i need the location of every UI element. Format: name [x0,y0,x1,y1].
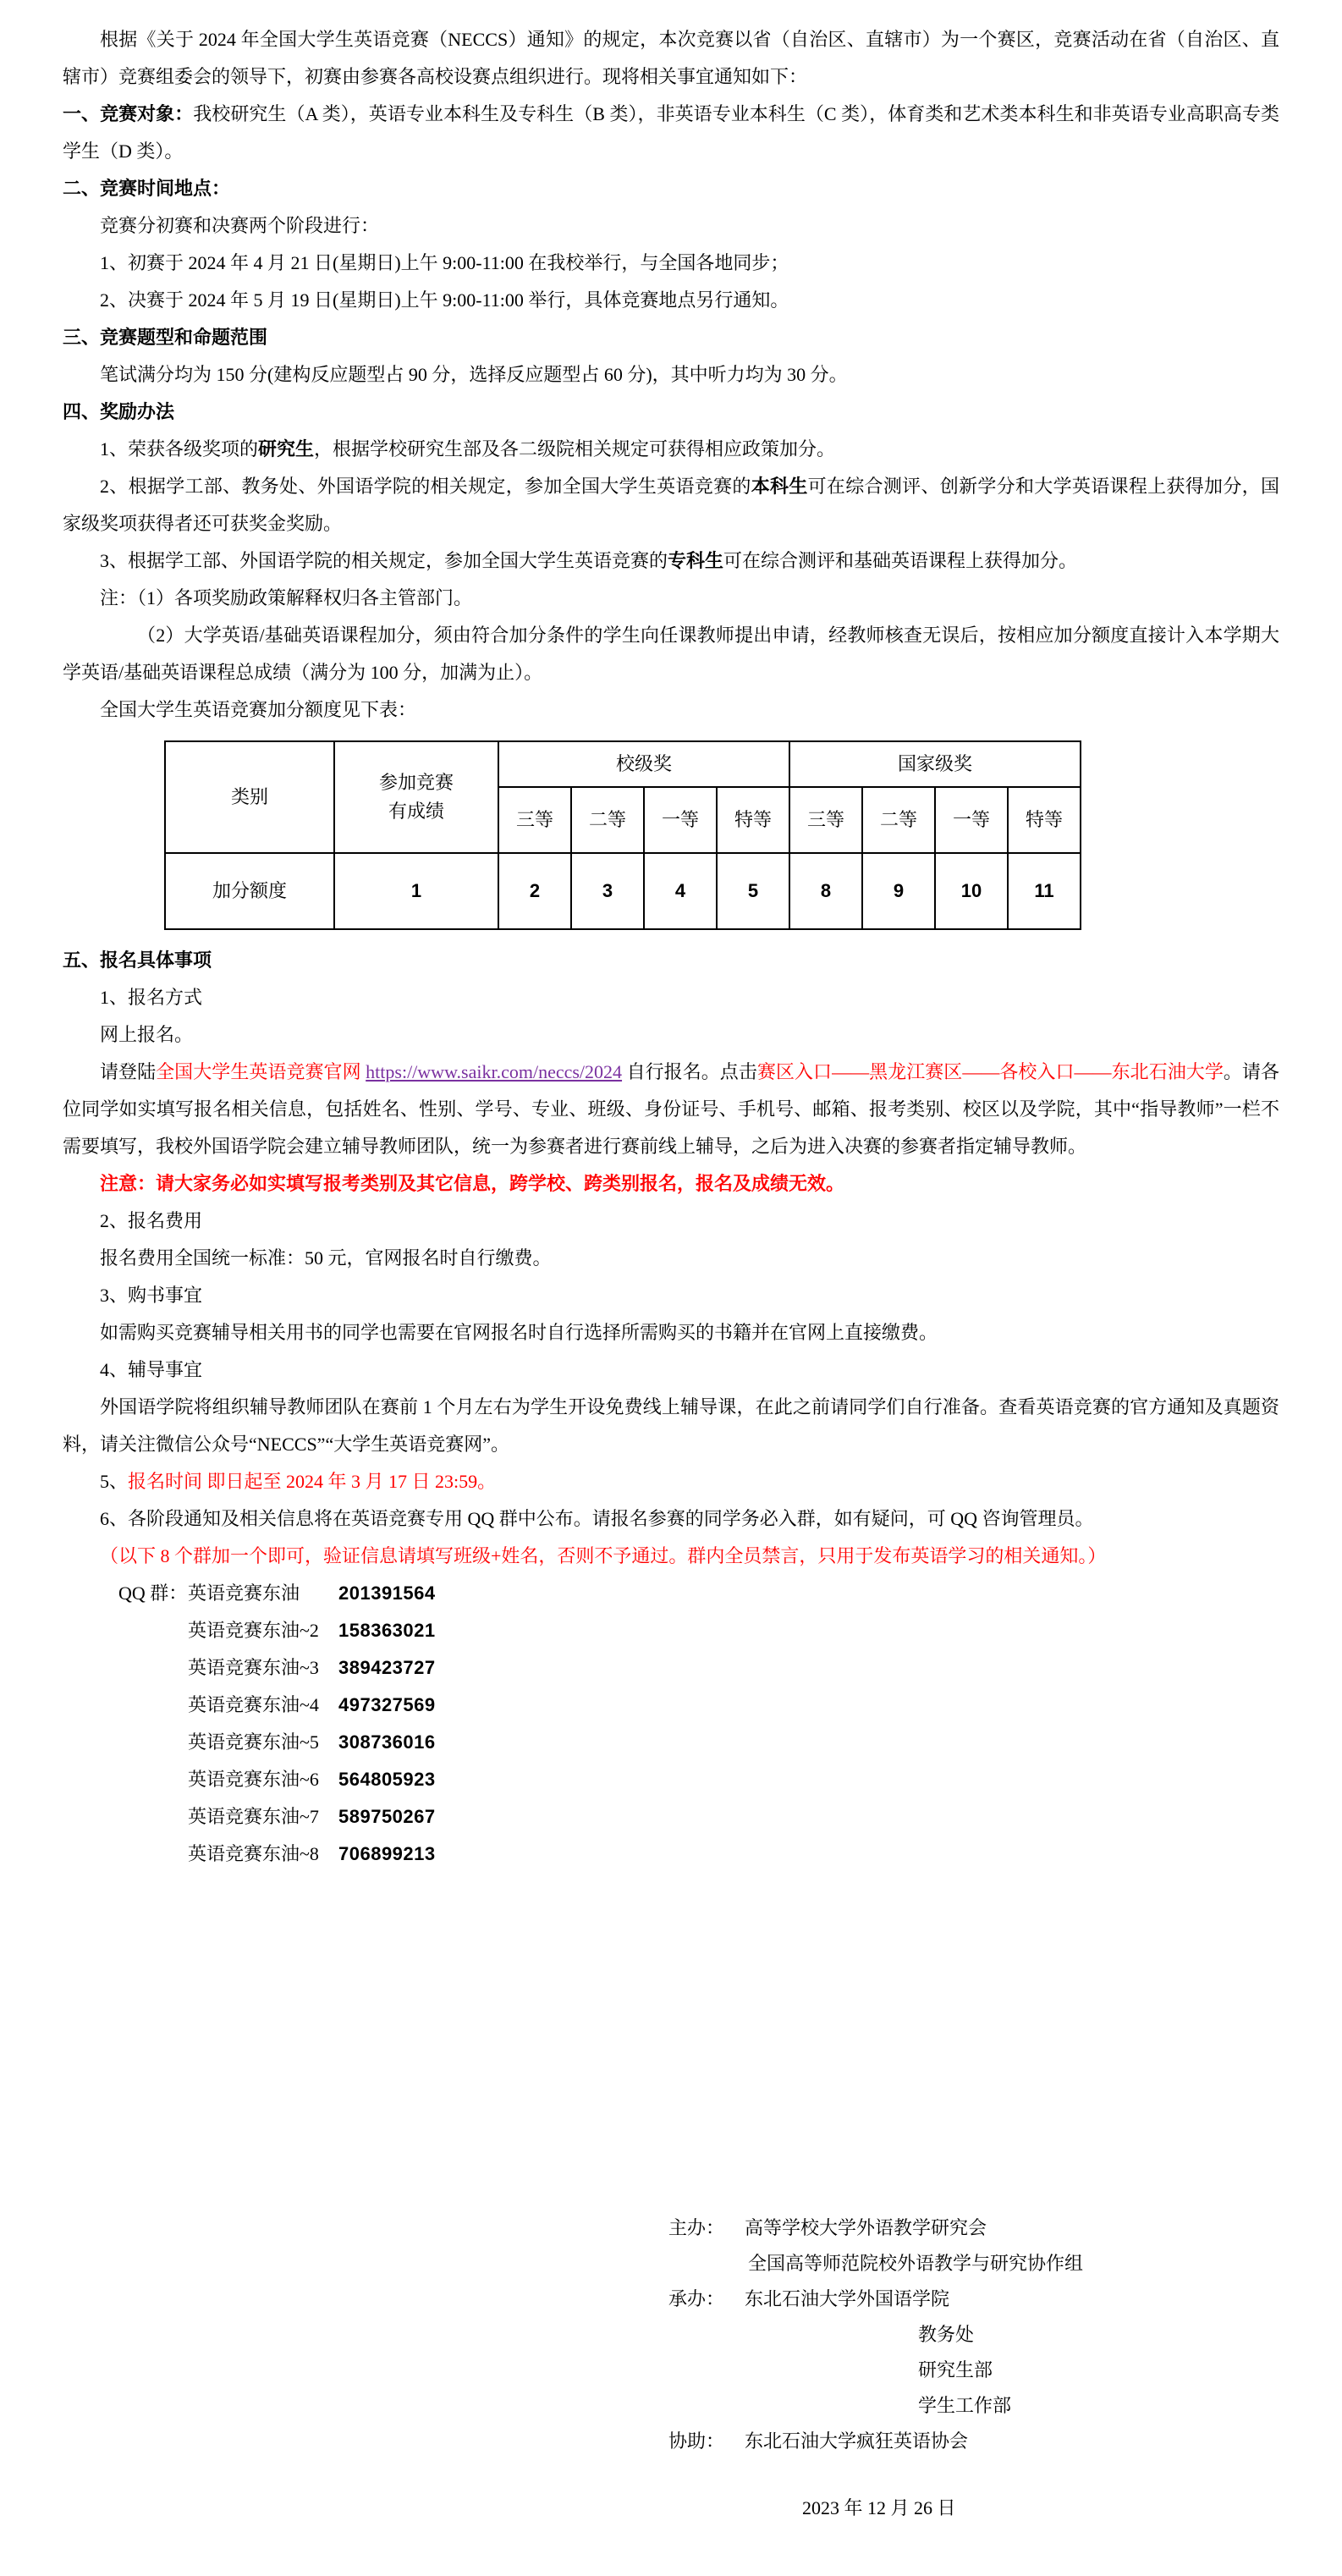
qq-group-id: 589750267 [338,1798,436,1836]
text-segment: （以下 8 个群加一个即可，验证信息请填写班级+姓名，否则不予通过。群内全员禁言… [100,1545,1106,1566]
text-segment: 竞赛分初赛和决赛两个阶段进行： [100,215,379,236]
list-item-preliminary: 1、初赛于 2024 年 4 月 21 日(星期日)上午 9:00-11:00 … [63,245,1279,282]
table-intro: 全国大学生英语竞赛加分额度见下表： [63,691,1279,729]
text-segment: 网上报名。 [100,1024,193,1045]
text-segment: 请登陆 [100,1061,156,1082]
table-value: 8 [789,853,862,929]
qq-group-name: 英语竞赛东油~8 [188,1836,338,1873]
table-cell-row-label: 加分额度 [165,853,334,929]
note-item-1: 注：（1）各项奖励政策解释权归各主管部门。 [63,580,1279,617]
assistant-label: 协助： [668,2424,745,2459]
qq-group-note: （以下 8 个群加一个即可，验证信息请填写班级+姓名，否则不予通过。群内全员禁言… [63,1538,1279,1575]
department-name: 学生工作部 [918,2388,1011,2424]
text-segment: 如需购买竞赛辅导相关用书的同学也需要在官网报名时自行选择所需购买的书籍并在官网上… [100,1322,938,1343]
text-segment: 1、荣获各级奖项的 [100,438,258,460]
text-segment: 笔试满分均为 150 分(建构反应题型占 90 分，选择反应题型占 60 分)，… [100,364,848,385]
assistant-name: 东北石油大学疯狂英语协会 [745,2424,968,2459]
table-cell-category: 类别 [165,741,334,853]
qq-group-id: 201391564 [338,1575,436,1612]
text-segment: 我校研究生（A 类），英语专业本科生及专科生（B 类），非英语专业本科生（C 类… [63,103,1279,162]
text-segment: 注：（1）各项奖励政策解释权归各主管部门。 [100,587,472,608]
qq-label-spacer [118,1687,188,1724]
text-segment: （2）大学英语/基础英语课程加分，须由符合加分条件的学生向任课教师提出申请，经教… [63,625,1279,683]
qq-group-row: 英语竞赛东油~4 497327569 [118,1687,1279,1724]
qq-group-row: 英语竞赛东油~2 158363021 [118,1612,1279,1649]
qq-group-name: 英语竞赛东油 [188,1575,338,1612]
table-value: 4 [644,853,717,929]
note-item-2: （2）大学英语/基础英语课程加分，须由符合加分条件的学生向任课教师提出申请，经教… [63,617,1279,691]
text-segment: 3、根据学工部、外国语学院的相关规定，参加全国大学生英语竞赛的 [100,550,668,571]
qq-group-row: QQ 群： 英语竞赛东油 201391564 [118,1575,1279,1612]
qq-list-label: QQ 群： [118,1575,188,1612]
text-segment: 2、决赛于 2024 年 5 月 19 日(星期日)上午 9:00-11:00 … [100,289,789,311]
table-cell-national-award: 国家级奖 [789,741,1081,787]
paragraph-registration-details: 请登陆全国大学生英语竞赛官网 https://www.saikr.com/nec… [63,1054,1279,1165]
reg-item-tutoring: 4、辅导事宜 [63,1351,1279,1389]
table-value: 5 [717,853,789,929]
organizer-name: 高等学校大学外语教学研究会 [745,2210,987,2246]
table-cell: 一等 [935,787,1008,853]
department-row: 教务处 [918,2317,1083,2353]
table-cell: 二等 [571,787,644,853]
qq-group-name: 英语竞赛东油~3 [188,1649,338,1687]
table-value: 9 [862,853,935,929]
table-header-row: 类别 参加竞赛 有成绩 校级奖 国家级奖 [165,741,1081,787]
text-segment: 报名费用全国统一标准：50 元，官网报名时自行缴费。 [100,1247,552,1269]
text-segment: 全国大学生英语竞赛官网 [156,1061,360,1082]
qq-group-row: 英语竞赛东油~3 389423727 [118,1649,1279,1687]
reg-item-qq-notice: 6、各阶段通知及相关信息将在英语竞赛专用 QQ 群中公布。请报名参赛的同学务必入… [63,1500,1279,1538]
text-segment: 外国语学院将组织辅导教师团队在赛前 1 个月左右为学生开设免费线上辅导课，在此之… [63,1396,1279,1455]
qq-group-name: 英语竞赛东油~7 [188,1798,338,1836]
award-item-college: 3、根据学工部、外国语学院的相关规定，参加全国大学生英语竞赛的专科生可在综合测评… [63,542,1279,580]
participation-line2: 有成绩 [388,801,444,822]
signature-block: 主办： 高等学校大学外语教学研究会 全国高等师范院校外语教学与研究协作组 承办：… [668,2210,1083,2459]
text-segment: 注意：请大家务必如实填写报考类别及其它信息，跨学校、跨类别报名，报名及成绩无效。 [100,1173,844,1194]
qq-group-name: 英语竞赛东油~6 [188,1761,338,1798]
document-page: 根据《关于 2024 年全国大学生英语竞赛（NECCS）通知》的规定，本次竞赛以… [0,0,1342,2576]
qq-label-spacer [118,1836,188,1873]
qq-label-spacer [118,1649,188,1687]
text-segment: 本科生 [751,476,808,497]
qq-label-spacer [118,1724,188,1761]
reg-item-books: 3、购书事宜 [63,1277,1279,1314]
table-cell: 三等 [789,787,862,853]
paragraph-online-registration: 网上报名。 [63,1016,1279,1054]
text-segment: 3、购书事宜 [100,1285,202,1306]
paragraph-fee-standard: 报名费用全国统一标准：50 元，官网报名时自行缴费。 [63,1240,1279,1277]
table-cell: 特等 [717,787,789,853]
qq-label-spacer [118,1612,188,1649]
table-cell: 一等 [644,787,717,853]
table-cell: 特等 [1008,787,1081,853]
text-segment: 5、 [100,1471,128,1492]
text-segment: 6、各阶段通知及相关信息将在英语竞赛专用 QQ 群中公布。请报名参赛的同学务必入… [100,1508,1094,1529]
text-segment: 自行报名。点击 [622,1061,757,1082]
text-segment: 4、辅导事宜 [100,1359,202,1380]
qq-group-id: 564805923 [338,1761,436,1798]
undertaker-label: 承办： [668,2282,745,2317]
qq-group-name: 英语竞赛东油~5 [188,1724,338,1761]
section-registration-heading: 五、报名具体事项 [63,942,1279,979]
text-segment: 三、竞赛题型和命题范围 [63,327,267,348]
organizer-row: 主办： 高等学校大学外语教学研究会 [668,2210,1083,2246]
text-segment: 报名时间 即日起至 2024 年 3 月 17 日 23:59。 [128,1471,496,1492]
text-segment: 1、报名方式 [100,987,202,1008]
department-name: 研究生部 [918,2353,993,2388]
text-segment: 可在综合测评和基础英语课程上获得加分。 [723,550,1077,571]
bonus-points-table: 类别 参加竞赛 有成绩 校级奖 国家级奖 三等 二等 一等 特等 三等 二等 一… [164,740,1081,930]
text-segment: 1、初赛于 2024 年 4 月 21 日(星期日)上午 9:00-11:00 … [100,252,789,273]
table-cell-participation: 参加竞赛 有成绩 [334,741,498,853]
document-date: 2023 年 12 月 26 日 [802,2490,956,2527]
section-question-types-heading: 三、竞赛题型和命题范围 [63,319,1279,356]
undertaker-name: 东北石油大学外国语学院 [745,2282,949,2317]
paragraph-book-purchase: 如需购买竞赛辅导相关用书的同学也需要在官网报名时自行选择所需购买的书籍并在官网上… [63,1314,1279,1351]
section-competition-targets: 一、竞赛对象：我校研究生（A 类），英语专业本科生及专科生（B 类），非英语专业… [63,96,1279,170]
organizer-name-2: 全国高等师范院校外语教学与研究协作组 [748,2246,1083,2282]
qq-group-id: 389423727 [338,1649,436,1687]
award-item-undergraduate: 2、根据学工部、教务处、外国语学院的相关规定，参加全国大学生英语竞赛的本科生可在… [63,468,1279,542]
qq-group-row: 英语竞赛东油~6 564805923 [118,1761,1279,1798]
paragraph-score-structure: 笔试满分均为 150 分(建构反应题型占 90 分，选择反应题型占 60 分)，… [63,356,1279,394]
text-segment: 四、奖励办法 [63,401,174,422]
text-segment: 二、竞赛时间地点： [63,178,230,199]
text-segment: ，根据学校研究生部及各二级院相关规定可获得相应政策加分。 [314,438,835,460]
paragraph-stages: 竞赛分初赛和决赛两个阶段进行： [63,207,1279,245]
table-cell: 三等 [498,787,571,853]
organizer-row-2: 全国高等师范院校外语教学与研究协作组 [748,2246,1083,2282]
qq-group-row: 英语竞赛东油~5 308736016 [118,1724,1279,1761]
table-value: 10 [935,853,1008,929]
table-cell: 二等 [862,787,935,853]
table-value: 2 [498,853,571,929]
text-segment: 2、报名费用 [100,1210,202,1231]
qq-group-id: 706899213 [338,1836,436,1873]
neccs-registration-link[interactable]: https://www.saikr.com/neccs/2024 [366,1061,622,1082]
document-content: 根据《关于 2024 年全国大学生英语竞赛（NECCS）通知》的规定，本次竞赛以… [0,0,1342,1873]
assistant-row: 协助： 东北石油大学疯狂英语协会 [668,2424,1083,2459]
qq-group-row: 英语竞赛东油~8 706899213 [118,1836,1279,1873]
text-segment: 专科生 [668,550,723,571]
qq-group-row: 英语竞赛东油~7 589750267 [118,1798,1279,1836]
text-segment: 研究生 [258,438,314,460]
text-segment: 全国大学生英语竞赛加分额度见下表： [100,699,416,720]
text-segment: 赛区入口——黑龙江赛区——各校入口——东北石油大学 [757,1061,1224,1082]
reg-item-method: 1、报名方式 [63,979,1279,1016]
qq-group-list: QQ 群： 英语竞赛东油 201391564 英语竞赛东油~2 15836302… [118,1575,1279,1873]
table-cell-school-award: 校级奖 [498,741,789,787]
organizer-label: 主办： [668,2210,745,2246]
reg-item-fee: 2、报名费用 [63,1203,1279,1240]
table-value: 3 [571,853,644,929]
department-name: 教务处 [918,2317,974,2353]
qq-group-id: 308736016 [338,1724,436,1761]
qq-group-id: 158363021 [338,1612,436,1649]
department-row: 研究生部 [918,2353,1083,2388]
section-awards-heading: 四、奖励办法 [63,394,1279,431]
table-value: 11 [1008,853,1081,929]
participation-line1: 参加竞赛 [379,772,454,793]
qq-group-name: 英语竞赛东油~4 [188,1687,338,1724]
text-segment: 根据《关于 2024 年全国大学生英语竞赛（NECCS）通知》的规定，本次竞赛以… [63,29,1279,87]
qq-group-name: 英语竞赛东油~2 [188,1612,338,1649]
qq-label-spacer [118,1798,188,1836]
table-data-row: 加分额度 1 2 3 4 5 8 9 10 11 [165,853,1081,929]
intro-paragraph: 根据《关于 2024 年全国大学生英语竞赛（NECCS）通知》的规定，本次竞赛以… [63,21,1279,96]
list-item-final: 2、决赛于 2024 年 5 月 19 日(星期日)上午 9:00-11:00 … [63,282,1279,319]
qq-group-id: 497327569 [338,1687,436,1724]
paragraph-tutoring-details: 外国语学院将组织辅导教师团队在赛前 1 个月左右为学生开设免费线上辅导课，在此之… [63,1389,1279,1463]
department-row: 学生工作部 [918,2388,1083,2424]
text-segment: 五、报名具体事项 [63,949,212,971]
undertaker-row: 承办： 东北石油大学外国语学院 [668,2282,1083,2317]
award-item-graduate: 1、荣获各级奖项的研究生，根据学校研究生部及各二级院相关规定可获得相应政策加分。 [63,431,1279,468]
table-value: 1 [334,853,498,929]
text-segment: 2、根据学工部、教务处、外国语学院的相关规定，参加全国大学生英语竞赛的 [100,476,751,497]
notice-warning: 注意：请大家务必如实填写报考类别及其它信息，跨学校、跨类别报名，报名及成绩无效。 [63,1165,1279,1203]
reg-item-deadline: 5、报名时间 即日起至 2024 年 3 月 17 日 23:59。 [63,1463,1279,1500]
text-segment: 一、竞赛对象： [63,103,193,124]
qq-label-spacer [118,1761,188,1798]
section-time-place-heading: 二、竞赛时间地点： [63,170,1279,207]
